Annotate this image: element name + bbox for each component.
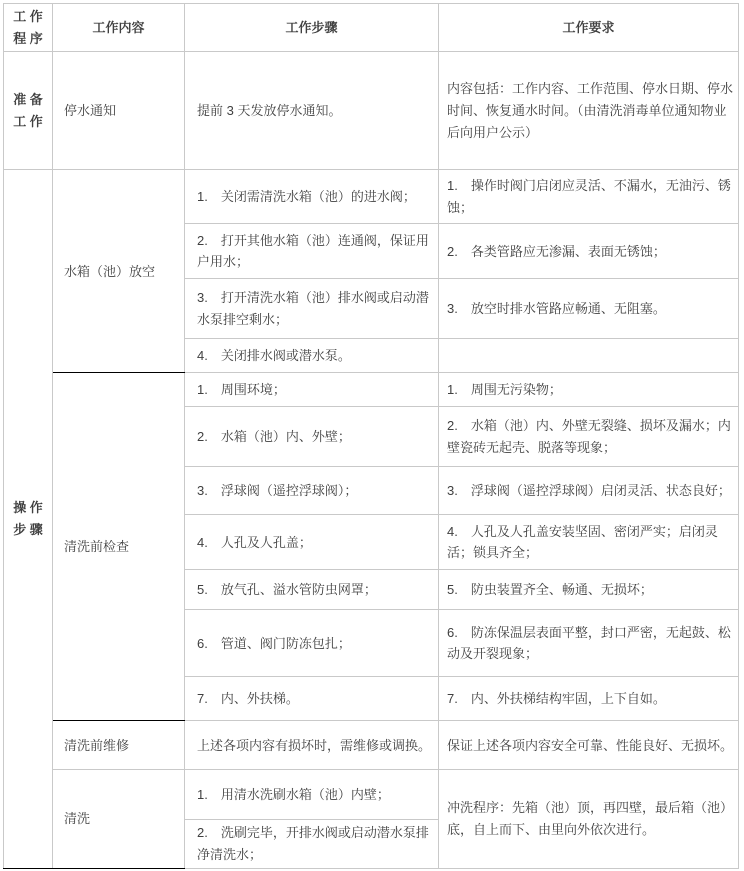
header-content: 工作内容: [53, 4, 185, 52]
prep-step-cell: 提前 3 天发放停水通知。: [185, 52, 439, 170]
table-header-row: 工 作 程 序 工作内容 工作步骤 工作要求: [4, 4, 739, 52]
prep-row: 准 备 工 作 停水通知 提前 3 天发放停水通知。 内容包括：工作内容、工作范…: [4, 52, 739, 170]
work-procedure-table: 工 作 程 序 工作内容 工作步骤 工作要求 准 备 工 作 停水通知 提前 3…: [3, 3, 739, 869]
clean-title-cell: 清洗: [53, 770, 185, 868]
header-procedure-line2: 程 序: [6, 28, 50, 50]
clean-req-cell: 冲洗程序：先箱（池）顶，再四壁，最后箱（池）底，自上而下、由里向外依次进行。: [439, 770, 739, 868]
prep-content-cell: 停水通知: [53, 52, 185, 170]
drain-step-cell-2: 2. 打开其他水箱（池）连通阀，保证用户用水；: [185, 224, 439, 279]
repair-title-cell: 清洗前维修: [53, 721, 185, 770]
inspect-step-cell-4: 4. 人孔及人孔盖；: [185, 515, 439, 570]
inspect-req-cell-1: 1. 周围无污染物；: [439, 373, 739, 407]
inspect-step-cell-5: 5. 放气孔、溢水管防虫网罩；: [185, 570, 439, 610]
prep-stage-line1: 准 备: [8, 89, 48, 111]
repair-step-cell: 上述各项内容有损坏时，需维修或调换。: [185, 721, 439, 770]
prep-stage-cell: 准 备 工 作: [4, 52, 53, 170]
inspect-req-cell-7: 7. 内、外扶梯结构牢固，上下自如。: [439, 677, 739, 721]
drain-req-cell-2: 2. 各类管路应无渗漏、表面无锈蚀；: [439, 224, 739, 279]
inspect-step-cell-1: 1. 周围环境；: [185, 373, 439, 407]
inspect-req-cell-6: 6. 防冻保温层表面平整，封口严密，无起鼓、松动及开裂现象；: [439, 610, 739, 677]
inspect-step-cell-3: 3. 浮球阀（遥控浮球阀）；: [185, 467, 439, 515]
header-procedure-line1: 工 作: [6, 6, 50, 28]
operation-stage-line1: 操 作: [8, 497, 48, 519]
prep-stage-line2: 工 作: [8, 111, 48, 133]
drain-step-cell-3: 3. 打开清洗水箱（池）排水阀或启动潜水泵排空剩水；: [185, 279, 439, 339]
inspect-req-cell-4: 4. 人孔及人孔盖安装坚固、密闭严实；启闭灵活；锁具齐全；: [439, 515, 739, 570]
repair-req-cell: 保证上述各项内容安全可靠、性能良好、无损坏。: [439, 721, 739, 770]
header-steps: 工作步骤: [185, 4, 439, 52]
operation-stage-line2: 步 骤: [8, 519, 48, 541]
clean-step-cell-1: 1. 用清水洗刷水箱（池）内壁；: [185, 770, 439, 820]
drain-req-cell-4: [439, 339, 739, 373]
inspect-step-cell-6: 6. 管道、阀门防冻包扎；: [185, 610, 439, 677]
inspect-req-cell-3: 3. 浮球阀（遥控浮球阀）启闭灵活、状态良好；: [439, 467, 739, 515]
header-requirements: 工作要求: [439, 4, 739, 52]
drain-req-cell-3: 3. 放空时排水管路应畅通、无阻塞。: [439, 279, 739, 339]
drain-row-1: 操 作 步 骤 水箱（池）放空 1. 关闭需清洗水箱（池）的进水阀； 1. 操作…: [4, 170, 739, 224]
operation-stage-cell: 操 作 步 骤: [4, 170, 53, 868]
drain-step-cell-1: 1. 关闭需清洗水箱（池）的进水阀；: [185, 170, 439, 224]
drain-step-cell-4: 4. 关闭排水阀或潜水泵。: [185, 339, 439, 373]
clean-step-cell-2: 2. 洗刷完毕，开排水阀或启动潜水泵排净清洗水；: [185, 820, 439, 868]
header-procedure: 工 作 程 序: [4, 4, 53, 52]
drain-title-cell: 水箱（池）放空: [53, 170, 185, 373]
repair-row: 清洗前维修 上述各项内容有损坏时，需维修或调换。 保证上述各项内容安全可靠、性能…: [4, 721, 739, 770]
inspect-title-cell: 清洗前检查: [53, 373, 185, 721]
drain-req-cell-1: 1. 操作时阀门启闭应灵活、不漏水，无油污、锈蚀；: [439, 170, 739, 224]
inspect-step-cell-7: 7. 内、外扶梯。: [185, 677, 439, 721]
inspect-row-1: 清洗前检查 1. 周围环境； 1. 周围无污染物；: [4, 373, 739, 407]
inspect-step-cell-2: 2. 水箱（池）内、外壁；: [185, 407, 439, 467]
inspect-req-cell-2: 2. 水箱（池）内、外壁无裂缝、损坏及漏水；内壁瓷砖无起壳、脱落等现象；: [439, 407, 739, 467]
inspect-req-cell-5: 5. 防虫装置齐全、畅通、无损坏；: [439, 570, 739, 610]
clean-row-1: 清洗 1. 用清水洗刷水箱（池）内壁； 冲洗程序：先箱（池）顶，再四壁，最后箱（…: [4, 770, 739, 820]
prep-requirement-cell: 内容包括：工作内容、工作范围、停水日期、停水时间、恢复通水时间。（由清洗消毒单位…: [439, 52, 739, 170]
